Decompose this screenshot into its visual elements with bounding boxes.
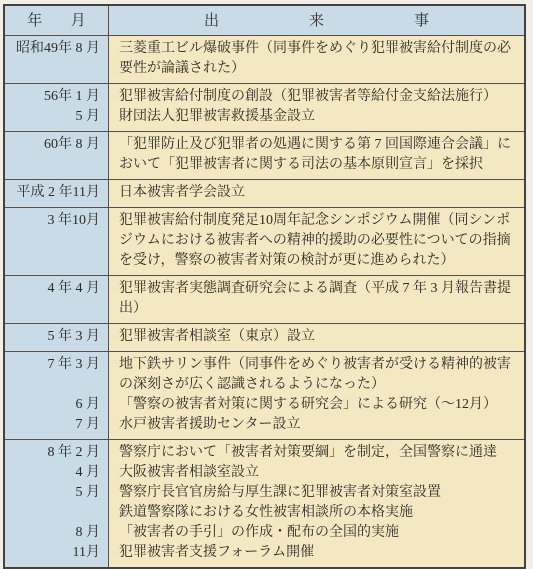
- timeline-block: 8 年 2 月 警察庁において「被害者対策要綱」を制定，全国警察に通達 4 月 …: [5, 439, 524, 548]
- timeline-entry: 8 月 「被害者の手引」の作成・配布の全国的実施: [5, 523, 524, 543]
- timeline-entry: 11月 犯罪被害者支援フォーラム開催: [5, 543, 524, 548]
- event-cell: 地下鉄サリン事件（同事件をめぐり被害者が受ける精神的被害の深刻さが広く認識される…: [109, 352, 524, 395]
- event-cell: 「警察の被害者対策に関する研究会」による研究（～12月）: [109, 395, 524, 415]
- timeline-block: 60年 8 月 「犯罪防止及び犯罪者の処遇に関する第 7 回国際連合会議」におい…: [5, 131, 524, 179]
- date-cell: 5 月: [5, 107, 109, 131]
- date-cell: 平成 2 年11月: [5, 180, 109, 207]
- timeline-entry: 4 年 4 月 犯罪被害者実態調査研究会による調査（平成 7 年 3 月報告書提…: [5, 276, 524, 323]
- date-cell: 7 年 3 月: [5, 352, 109, 395]
- date-cell: 8 年 2 月: [5, 440, 109, 463]
- date-cell: 5 月: [5, 483, 109, 503]
- header-cell-year-month: 年月: [5, 6, 109, 35]
- timeline-entry: 鉄道警察隊における女性被害相談所の本格実施: [5, 503, 524, 523]
- event-cell: 犯罪被害者実態調査研究会による調査（平成 7 年 3 月報告書提出）: [109, 276, 524, 323]
- event-cell: 犯罪被害給付制度発足10周年記念シンポジウム開催（同シンポジウムにおける被害者へ…: [109, 208, 524, 275]
- event-cell: 犯罪被害者相談室（東京）設立: [109, 324, 524, 351]
- timeline-entry: 7 年 3 月 地下鉄サリン事件（同事件をめぐり被害者が受ける精神的被害の深刻さ…: [5, 352, 524, 395]
- timeline-block: 昭和49年 8 月 三菱重工ビル爆破事件（同事件をめぐり犯罪被害給付制度の必要性…: [5, 36, 524, 83]
- events-label: 出来事: [204, 13, 519, 29]
- date-cell: 7 月: [5, 415, 109, 439]
- date-cell: 4 年 4 月: [5, 276, 109, 323]
- year-month-label: 年月: [27, 13, 114, 29]
- timeline-entry: 8 年 2 月 警察庁において「被害者対策要綱」を制定，全国警察に通達: [5, 440, 524, 463]
- event-cell: 水戸被害者援助センター設立: [109, 415, 524, 439]
- timeline-entry: 昭和49年 8 月 三菱重工ビル爆破事件（同事件をめぐり犯罪被害給付制度の必要性…: [5, 36, 524, 83]
- header-cell-events: 出来事: [109, 6, 524, 35]
- event-cell: 警察庁において「被害者対策要綱」を制定，全国警察に通達: [109, 440, 524, 463]
- timeline-block: 平成 2 年11月 日本被害者学会設立: [5, 179, 524, 207]
- timeline-entry: 3 年10月 犯罪被害給付制度発足10周年記念シンポジウム開催（同シンポジウムに…: [5, 208, 524, 275]
- chronology-table: 年月 出来事 昭和49年 8 月 三菱重工ビル爆破事件（同事件をめぐり犯罪被害給…: [3, 4, 526, 548]
- date-cell: 5 年 3 月: [5, 324, 109, 351]
- date-cell: 4 月: [5, 463, 109, 483]
- table-header-row: 年月 出来事: [5, 6, 524, 36]
- date-cell: 昭和49年 8 月: [5, 36, 109, 83]
- timeline-entry: 5 年 3 月 犯罪被害者相談室（東京）設立: [5, 324, 524, 351]
- event-cell: 日本被害者学会設立: [109, 180, 524, 207]
- timeline-block: 5 年 3 月 犯罪被害者相談室（東京）設立: [5, 323, 524, 351]
- timeline-entry: 5 月 警察庁長官官房給与厚生課に犯罪被害者対策室設置: [5, 483, 524, 503]
- timeline-entry: 56年 1 月 犯罪被害給付制度の創設（犯罪被害者等給付金支給法施行）: [5, 84, 524, 107]
- timeline-block: 7 年 3 月 地下鉄サリン事件（同事件をめぐり被害者が受ける精神的被害の深刻さ…: [5, 351, 524, 439]
- date-cell: 6 月: [5, 395, 109, 415]
- date-cell: 3 年10月: [5, 208, 109, 275]
- date-cell: 11月: [5, 543, 109, 548]
- event-cell: 鉄道警察隊における女性被害相談所の本格実施: [109, 503, 524, 523]
- event-cell: 「犯罪防止及び犯罪者の処遇に関する第 7 回国際連合会議」において「犯罪被害者に…: [109, 132, 524, 179]
- timeline-block: 56年 1 月 犯罪被害給付制度の創設（犯罪被害者等給付金支給法施行） 5 月 …: [5, 83, 524, 131]
- timeline-block: 3 年10月 犯罪被害給付制度発足10周年記念シンポジウム開催（同シンポジウムに…: [5, 207, 524, 275]
- timeline-entry: 5 月 財団法人犯罪被害救援基金設立: [5, 107, 524, 131]
- event-cell: 三菱重工ビル爆破事件（同事件をめぐり犯罪被害給付制度の必要性が論議された）: [109, 36, 524, 83]
- date-cell: 60年 8 月: [5, 132, 109, 179]
- timeline-entry: 平成 2 年11月 日本被害者学会設立: [5, 180, 524, 207]
- event-cell: 「被害者の手引」の作成・配布の全国的実施: [109, 523, 524, 543]
- timeline-entry: 4 月 大阪被害者相談室設立: [5, 463, 524, 483]
- timeline-entry: 6 月 「警察の被害者対策に関する研究会」による研究（～12月）: [5, 395, 524, 415]
- event-cell: 犯罪被害者支援フォーラム開催: [109, 543, 524, 548]
- date-cell: [5, 503, 109, 523]
- event-cell: 大阪被害者相談室設立: [109, 463, 524, 483]
- date-cell: 56年 1 月: [5, 84, 109, 107]
- event-cell: 警察庁長官官房給与厚生課に犯罪被害者対策室設置: [109, 483, 524, 503]
- date-cell: 8 月: [5, 523, 109, 543]
- event-cell: 犯罪被害給付制度の創設（犯罪被害者等給付金支給法施行）: [109, 84, 524, 107]
- timeline-entry: 7 月 水戸被害者援助センター設立: [5, 415, 524, 439]
- timeline-block: 4 年 4 月 犯罪被害者実態調査研究会による調査（平成 7 年 3 月報告書提…: [5, 275, 524, 323]
- timeline-entry: 60年 8 月 「犯罪防止及び犯罪者の処遇に関する第 7 回国際連合会議」におい…: [5, 132, 524, 179]
- event-cell: 財団法人犯罪被害救援基金設立: [109, 107, 524, 131]
